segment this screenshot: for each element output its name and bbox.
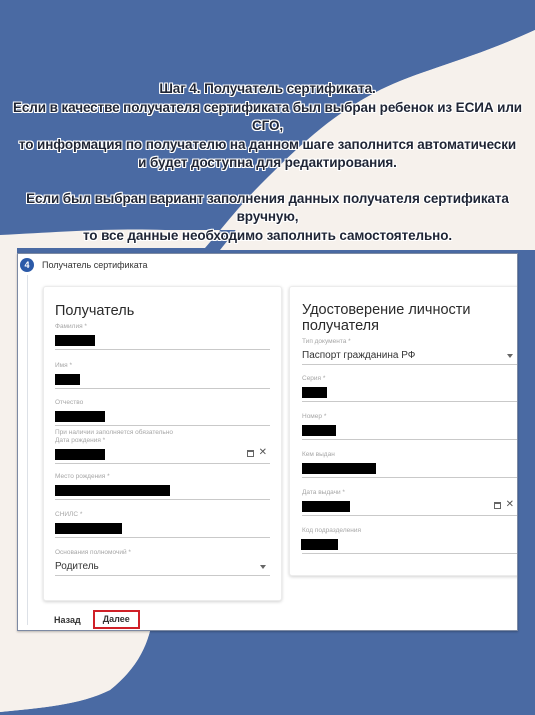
redacted-value [55,449,105,460]
patronymic-field[interactable]: Отчество [55,399,270,426]
number-field[interactable]: Номер * [302,413,517,440]
field-hint: При наличии заполняется обязательно [55,429,270,437]
redacted-value [302,387,327,398]
authority-basis-select[interactable]: Основания полномочий * Родитель [55,549,270,576]
identity-card-title: Удостоверение личности получателя [302,302,502,334]
division-code-field[interactable]: Код подразделения [302,527,517,554]
field-label: Основания полномочий * [55,549,270,557]
first-name-field[interactable]: Имя * [55,362,270,389]
intro-line: то все данные необходимо заполнить самос… [0,227,535,246]
redacted-value [302,425,336,436]
chevron-down-icon[interactable] [260,565,266,569]
document-type-select[interactable]: Тип документа * Паспорт гражданина РФ [302,338,517,365]
intro-line: и будет доступна для редактирования. [0,154,535,173]
issue-date-field[interactable]: Дата выдачи * ✕ [302,489,517,516]
redacted-value [55,485,170,496]
redacted-value [55,411,105,422]
back-button[interactable]: Назад [54,615,81,625]
field-label: Место рождения * [55,473,270,481]
field-label: Дата выдачи * [302,489,517,497]
redacted-value [55,335,95,346]
field-label: СНИЛС * [55,511,270,519]
clear-icon[interactable]: ✕ [259,447,267,459]
step-navigation: Назад Далее [54,610,140,629]
chevron-down-icon[interactable] [507,354,513,358]
issued-by-field[interactable]: Кем выдан [302,451,517,478]
birth-place-field[interactable]: Место рождения * [55,473,270,500]
birth-date-field[interactable]: При наличии заполняется обязательно Дата… [55,429,270,464]
clear-icon[interactable]: ✕ [506,499,514,511]
snils-field[interactable]: СНИЛС * [55,511,270,538]
redacted-value [55,374,80,385]
intro-line: Если был выбран вариант заполнения данны… [0,190,535,227]
intro-line: то информация по получателю на данном ша… [0,136,535,155]
step-connector-line [27,275,28,625]
next-button[interactable]: Далее [93,610,140,629]
redacted-value [302,463,376,474]
last-name-field[interactable]: Фамилия * [55,323,270,350]
recipient-card-title: Получатель [55,303,134,319]
field-label: Дата рождения * [55,437,270,445]
step-title: Получатель сертификата [42,260,148,270]
field-label: Номер * [302,413,517,421]
form-window: 4 Получатель сертификата Получатель Фами… [17,253,518,631]
recipient-card: Получатель Фамилия * Имя * Отчество При … [43,286,282,601]
step-header: 4 Получатель сертификата [20,258,148,272]
select-value: Родитель [55,561,99,572]
field-label: Имя * [55,362,270,370]
calendar-icon[interactable] [247,450,254,457]
redacted-value [55,523,122,534]
field-label: Серия * [302,375,517,383]
field-label: Тип документа * [302,338,517,346]
intro-text: Шаг 4. Получатель сертификата. Если в ка… [0,80,535,245]
identity-document-card: Удостоверение личности получателя Тип до… [289,286,518,576]
redacted-value [302,501,350,512]
redacted-value [301,539,338,550]
select-value: Паспорт гражданина РФ [302,350,415,361]
series-field[interactable]: Серия * [302,375,517,402]
field-label: Отчество [55,399,270,407]
step-number-badge: 4 [20,258,34,272]
calendar-icon[interactable] [494,502,501,509]
intro-line: Если в качестве получателя сертификата б… [0,99,535,136]
field-label: Кем выдан [302,451,517,459]
field-label: Код подразделения [302,527,517,535]
field-label: Фамилия * [55,323,270,331]
intro-line: Шаг 4. Получатель сертификата. [0,80,535,99]
